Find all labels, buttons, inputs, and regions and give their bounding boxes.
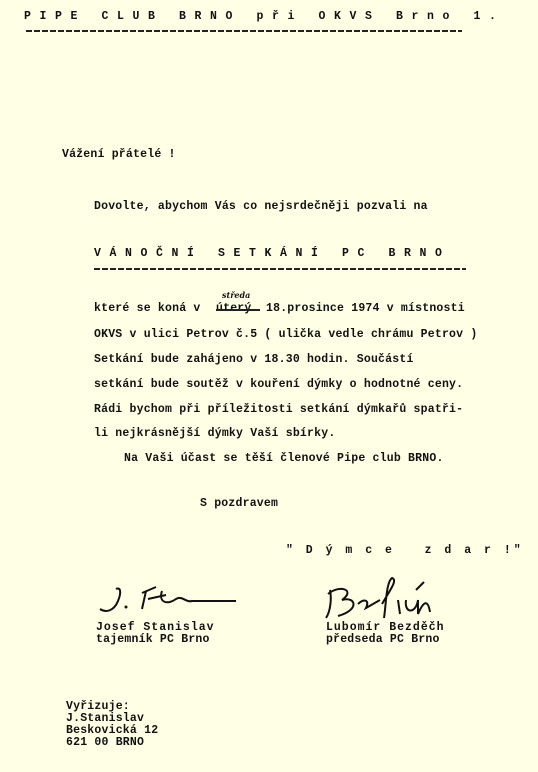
body-line-1a: které se koná v (94, 302, 208, 316)
signatory-role-1: tajemník PC Brno (96, 633, 210, 647)
signature-bezdech (320, 570, 480, 620)
event-title-underline (94, 268, 466, 270)
closing-line: Na Vaši účast se těší členové Pipe club … (124, 452, 444, 466)
handwritten-correction: středa (222, 290, 250, 300)
strikethrough-line (216, 309, 260, 311)
body-line-1b: 18.prosince 1974 v místnosti (266, 302, 465, 316)
body-line-2: OKVS v ulici Petrov č.5 ( ulička vedle c… (94, 328, 477, 342)
letterhead-title: PIPE CLUB BRNO při OKVS Brno 1. (24, 10, 505, 24)
motto: " D ý m c e z d a r !" (286, 544, 524, 558)
salutation: Vážení přátelé ! (62, 148, 176, 162)
event-title: VÁNOČNÍ SETKÁNÍ PC BRNO (94, 247, 451, 261)
contact-city: 621 00 BRNO (66, 736, 144, 750)
body-line-3: Setkání bude zahájeno v 18.30 hodin. Sou… (94, 353, 414, 367)
letterhead-underline (26, 30, 462, 32)
body-line-4: setkání bude soutěž v kouření dýmky o ho… (94, 378, 463, 392)
intro-line: Dovolte, abychom Vás co nejsrdečněji poz… (94, 200, 428, 214)
body-line-5: Rádi bychom při příležitosti setkání dým… (94, 403, 463, 417)
signatory-role-2: předseda PC Brno (326, 633, 440, 647)
regards: S pozdravem (200, 497, 278, 511)
body-line-6: li nejkrásnější dýmky Vaší sbírky. (94, 427, 335, 441)
signature-stanislav (96, 583, 246, 619)
